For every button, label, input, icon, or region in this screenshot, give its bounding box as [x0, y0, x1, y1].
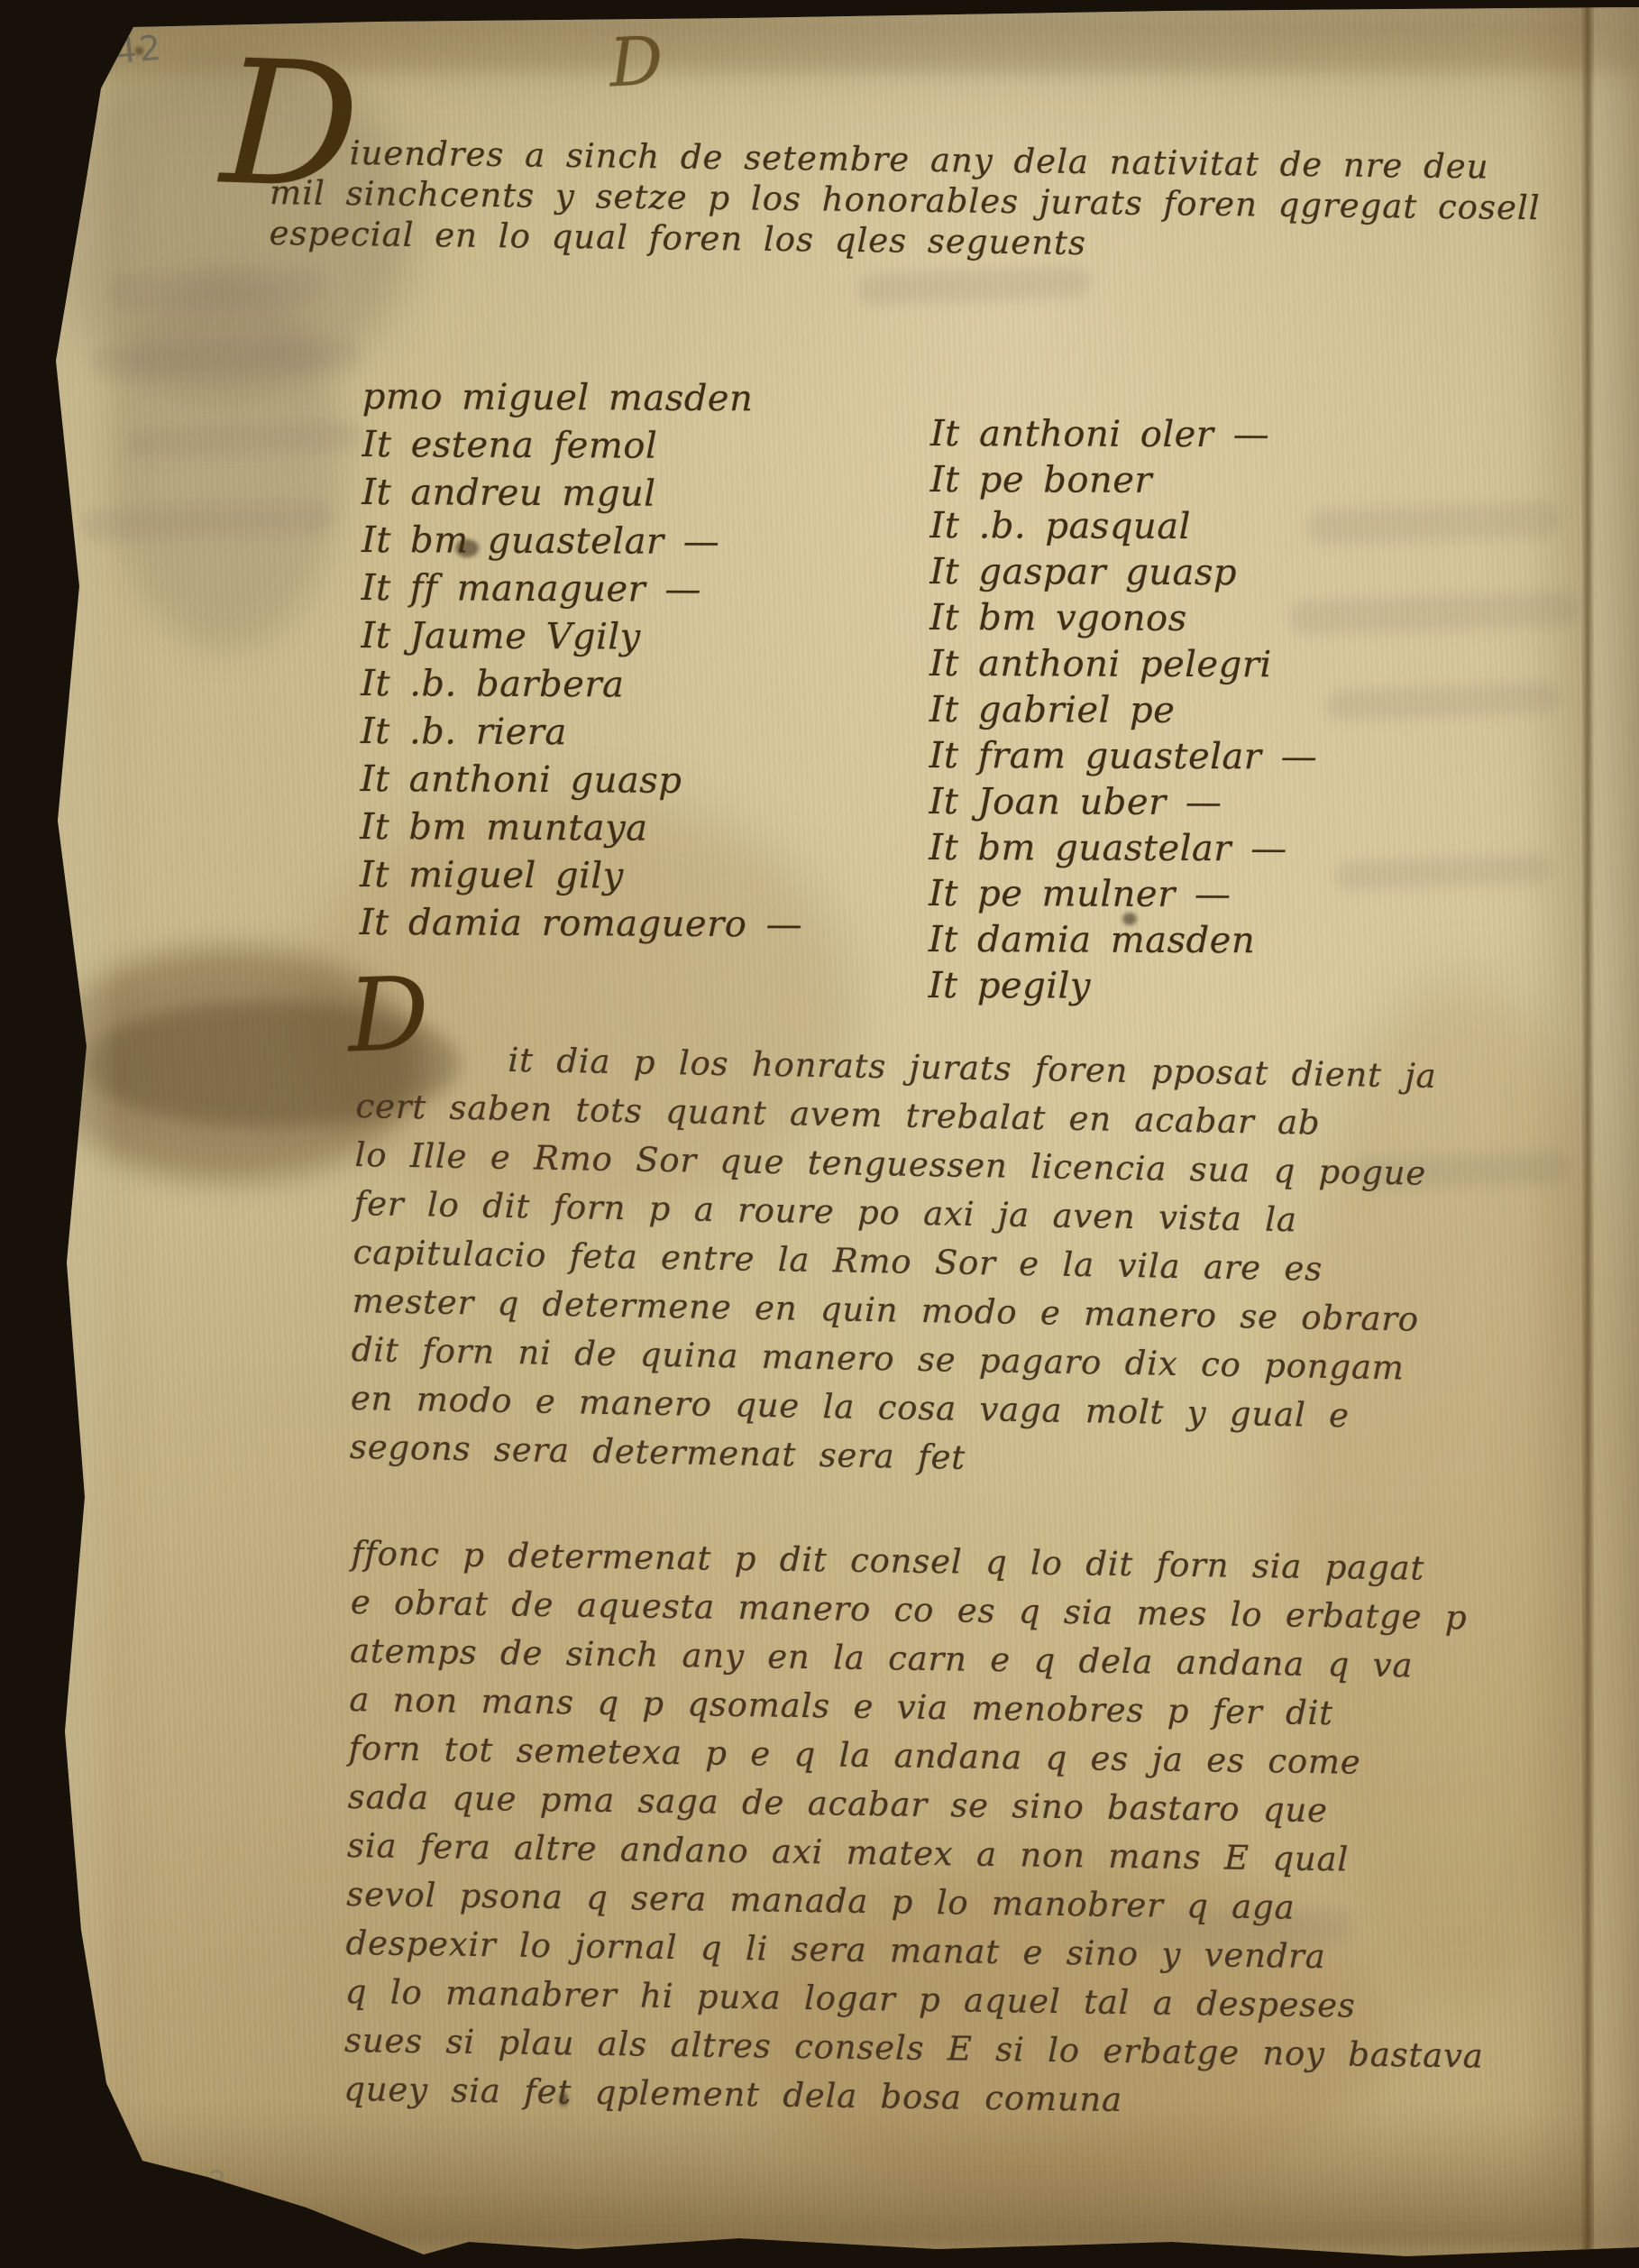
- attendee-name: It pe mulner —: [929, 871, 1317, 919]
- next-leaf-edge: [1594, 0, 1639, 2268]
- attendee-name: It anthoni guasp: [361, 756, 804, 806]
- folio-number-top: 542: [88, 28, 165, 74]
- attendee-list-left: pmo miguel masden It estena femol It and…: [360, 373, 806, 950]
- attendee-name: It andreu mgul: [362, 469, 805, 519]
- page-edge-line: [1579, 0, 1594, 2268]
- ghost-writing: [1288, 590, 1578, 636]
- attendee-name: It pegily: [929, 963, 1317, 1011]
- attendee-name: It gabriel pe: [929, 687, 1318, 735]
- attendee-name: It fram guastelar —: [929, 733, 1318, 781]
- attendee-name: It ff managuer —: [362, 565, 805, 615]
- resolution-paragraph-2: ffonc p determenat p dit consel q lo dit…: [343, 1529, 1491, 2130]
- stain: [54, 2110, 1639, 2245]
- ghost-writing: [125, 419, 361, 458]
- attendee-name: It gaspar guasp: [929, 549, 1318, 597]
- attendee-name: It bm muntaya: [360, 803, 803, 854]
- deckle-edge-highlight: [47, 72, 119, 2164]
- attendee-name: It bm guastelar —: [362, 517, 805, 567]
- ghost-writing: [1324, 681, 1560, 721]
- page-crease-shading: [1524, 0, 1579, 2268]
- opening-paragraph: iuendres a sinch de setembre any dela na…: [269, 132, 1541, 269]
- ghost-writing: [1306, 500, 1560, 546]
- attendee-name: It .b. pasqual: [929, 503, 1318, 551]
- attendee-name: It anthoni oler —: [930, 411, 1319, 459]
- ghost-writing: [1333, 853, 1551, 891]
- resolution-paragraph-1: it dia p los honrats jurats foren pposat…: [350, 1033, 1437, 1491]
- manuscript-page: 542 D D iuendres a sinch de setembre any…: [0, 0, 1639, 2268]
- attendee-name: It Joan uber —: [929, 779, 1317, 827]
- attendee-name: It bm vgonos: [929, 595, 1318, 643]
- attendee-name: It miguel gily: [360, 851, 803, 902]
- ghost-writing: [80, 500, 334, 542]
- attendee-name: It pe boner: [930, 457, 1319, 505]
- attendee-name: It .b. barbera: [361, 660, 804, 711]
- header-letter-mark: D: [608, 23, 665, 103]
- ghost-writing: [107, 267, 325, 310]
- folio-number-bottom: 533: [165, 2162, 233, 2208]
- attendee-name: It damia romaguero —: [360, 899, 803, 950]
- ghost-writing: [856, 266, 1091, 305]
- ghost-writing: [89, 338, 361, 380]
- attendee-name: It damia masden: [929, 917, 1317, 965]
- attendee-list-right: It anthoni oler — It pe boner It .b. pas…: [929, 411, 1319, 1010]
- attendee-name: It anthoni pelegri: [929, 641, 1318, 689]
- manuscript-photograph: 542 D D iuendres a sinch de setembre any…: [0, 0, 1639, 2268]
- attendee-name: It Jaume Vgily: [361, 612, 804, 663]
- attendee-name: It .b. riera: [361, 708, 804, 758]
- attendee-name: pmo miguel masden: [362, 373, 806, 424]
- attendee-name: It estena femol: [362, 421, 805, 472]
- stain: [108, 271, 343, 649]
- attendee-name: It bm guastelar —: [929, 825, 1317, 873]
